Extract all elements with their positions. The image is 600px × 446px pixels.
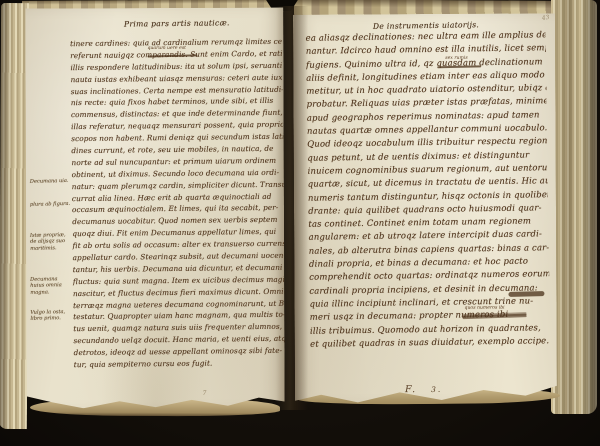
right-fore-edge-stack xyxy=(551,0,597,414)
manuscript-text-line: et quilibet quadras in suas diuidatur, e… xyxy=(310,336,550,353)
manuscript-text-line: tur, quia sempiterno cursu eos fugit. xyxy=(74,358,286,372)
quire-signature: F.3. xyxy=(405,384,442,395)
right-page: De instrumentis uiatorijs. 43 ea aliasqz… xyxy=(293,13,557,404)
right-page-text-block: ea aliasqz declinationes: nec ultra eam … xyxy=(306,30,551,356)
margin-note: Istæ propriæ, de alijsqz suo maritimis. xyxy=(30,232,72,252)
signature-letter: F. xyxy=(405,384,417,395)
left-page-text-block: tinere cardines: quia ad cardinalium rer… xyxy=(70,37,286,375)
margin-note: plura ab figura. xyxy=(30,201,70,208)
interlinear-insertion: quos numeros ibi xyxy=(465,306,505,311)
interlinear-insertion: sex rumis xyxy=(445,56,467,61)
ink-blot xyxy=(508,291,544,297)
margin-note: Decumana uia. xyxy=(30,178,69,185)
photo-background: Prima pars artis nauticæ. Decumana uia.p… xyxy=(0,0,600,446)
folio-number: 43 xyxy=(541,15,549,22)
interlinear-insertion: quarum uere est xyxy=(147,46,186,51)
signature-number: 3. xyxy=(431,385,442,394)
left-page-edge-stack xyxy=(0,3,29,429)
margin-notes-column: Decumana uia.plura ab figura.Istæ propri… xyxy=(29,8,72,410)
left-page-header: Prima pars artis nauticæ. xyxy=(72,18,281,30)
margin-note: Vulgo la osta, libro primo. xyxy=(30,309,72,323)
left-page-foot-mark: 7 xyxy=(203,390,207,397)
margin-note: Decumana huius omnia magna. xyxy=(30,276,72,296)
left-page: Prima pars artis nauticæ. Decumana uia.p… xyxy=(25,8,284,411)
